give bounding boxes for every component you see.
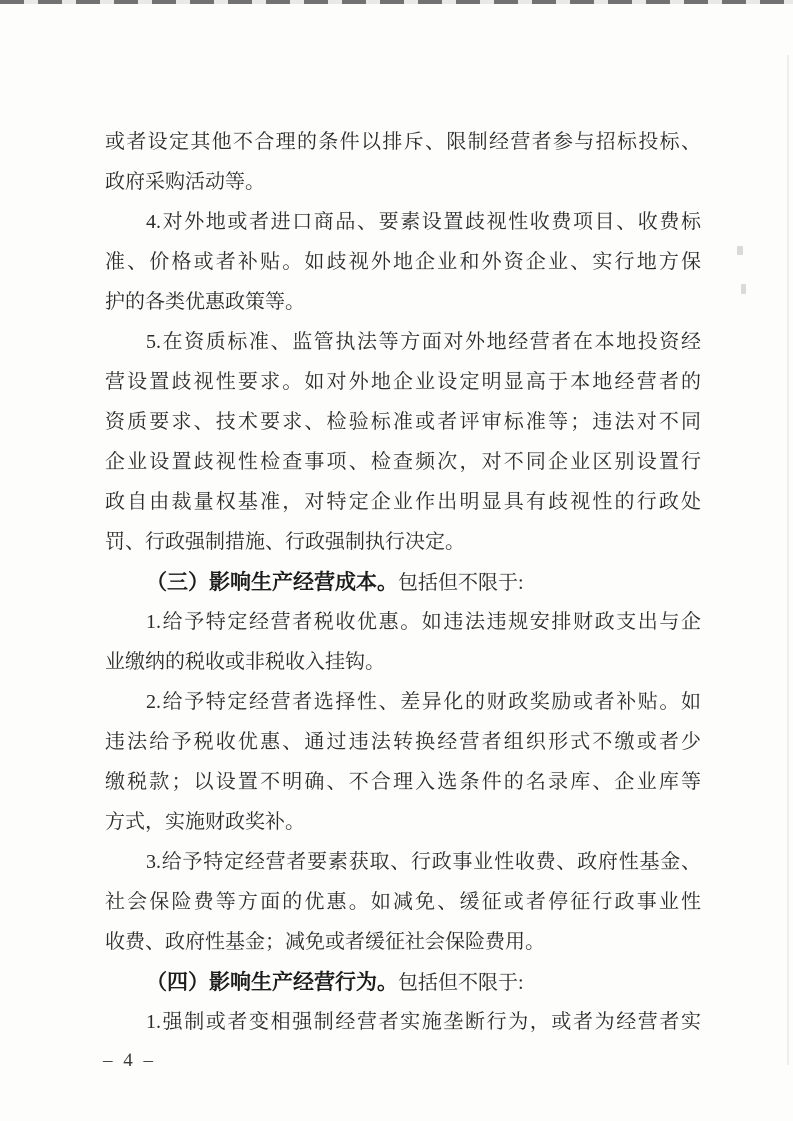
text-line: 4.对外地或者进口商品、要素设置歧视性收费项目、收费标 bbox=[105, 202, 701, 242]
text-line: 资质要求、技术要求、检验标准或者评审标准等；违法对不同 bbox=[105, 402, 701, 442]
text-line: 1.强制或者变相强制经营者实施垄断行为，或者为经营者实 bbox=[105, 1002, 701, 1042]
text-line: 2.给予特定经营者选择性、差异化的财政奖励或者补贴。如 bbox=[105, 682, 701, 722]
text-line: 方式，实施财政奖补。 bbox=[105, 802, 701, 842]
text-line: 政府采购活动等。 bbox=[105, 162, 701, 202]
text-line: 或者设定其他不合理的条件以排斥、限制经营者参与招标投标、 bbox=[105, 122, 701, 162]
text-line: 罚、行政强制措施、行政强制执行决定。 bbox=[105, 522, 701, 562]
section-heading-title: （三）影响生产经营成本。 bbox=[146, 570, 398, 594]
scan-speck bbox=[737, 246, 743, 255]
text-line: 5.在资质标准、监管执法等方面对外地经营者在本地投资经 bbox=[105, 322, 701, 362]
section-heading-title: （四）影响生产经营行为。 bbox=[146, 970, 398, 994]
text-line: 社会保险费等方面的优惠。如减免、缓征或者停征行政事业性 bbox=[105, 882, 701, 922]
document-body: 或者设定其他不合理的条件以排斥、限制经营者参与招标投标、 政府采购活动等。 4.… bbox=[105, 122, 701, 1042]
text-line: 业缴纳的税收或非税收入挂钩。 bbox=[105, 642, 701, 682]
section-heading-3: （三）影响生产经营成本。包括但不限于: bbox=[105, 562, 701, 602]
text-line: 收费、政府性基金；减免或者缓征社会保险费用。 bbox=[105, 922, 701, 962]
text-line: 3.给予特定经营者要素获取、行政事业性收费、政府性基金、 bbox=[105, 842, 701, 882]
text-line: 营设置歧视性要求。如对外地企业设定明显高于本地经营者的 bbox=[105, 362, 701, 402]
text-line: 1.给予特定经营者税收优惠。如违法违规安排财政支出与企 bbox=[105, 602, 701, 642]
page-number: – 4 – bbox=[103, 1050, 156, 1072]
text-line: 违法给予税收优惠、通过违法转换经营者组织形式不缴或者少 bbox=[105, 722, 701, 762]
document-page: 或者设定其他不合理的条件以排斥、限制经营者参与招标投标、 政府采购活动等。 4.… bbox=[0, 0, 793, 1121]
text-line: 政自由裁量权基准，对特定企业作出明显具有歧视性的行政处 bbox=[105, 482, 701, 522]
section-heading-4: （四）影响生产经营行为。包括但不限于: bbox=[105, 962, 701, 1002]
scan-line-artifact bbox=[787, 55, 789, 1065]
text-line: 护的各类优惠政策等。 bbox=[105, 282, 701, 322]
scan-edge-artifact bbox=[0, 0, 793, 4]
section-heading-tail: 包括但不限于: bbox=[398, 972, 524, 994]
text-line: 准、价格或者补贴。如歧视外地企业和外资企业、实行地方保 bbox=[105, 242, 701, 282]
scan-speck bbox=[741, 284, 746, 294]
section-heading-tail: 包括但不限于: bbox=[398, 572, 524, 594]
text-line: 缴税款；以设置不明确、不合理入选条件的名录库、企业库等 bbox=[105, 762, 701, 802]
text-line: 企业设置歧视性检查事项、检查频次，对不同企业区别设置行 bbox=[105, 442, 701, 482]
